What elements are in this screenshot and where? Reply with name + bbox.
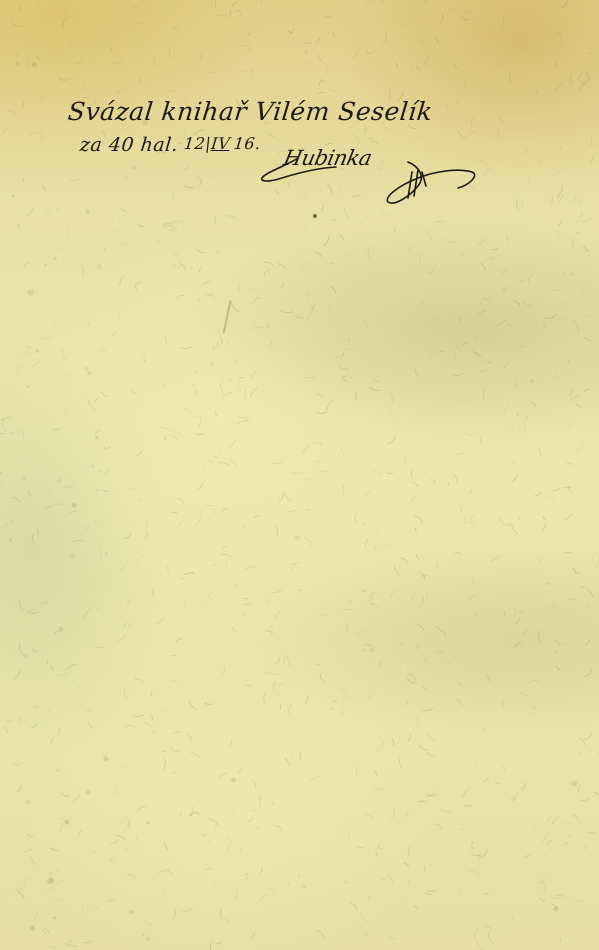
signature-name: Hubinka: [281, 146, 373, 170]
date-month: IV: [210, 134, 231, 153]
date-note: 12|IV 16.: [183, 134, 262, 153]
price-note: za 40 hal.: [79, 134, 180, 156]
binder-credit-line: Svázal knihař Vilém Seselík: [66, 97, 434, 126]
book-page: Svázal knihař Vilém Seselík za 40 hal. 1…: [0, 0, 599, 950]
date-day: 12: [183, 134, 206, 153]
handwritten-inscription: Svázal knihař Vilém Seselík za 40 hal. 1…: [0, 0, 599, 230]
signature: Hubinka: [258, 142, 488, 212]
paper-fiber-mark: [222, 300, 231, 334]
